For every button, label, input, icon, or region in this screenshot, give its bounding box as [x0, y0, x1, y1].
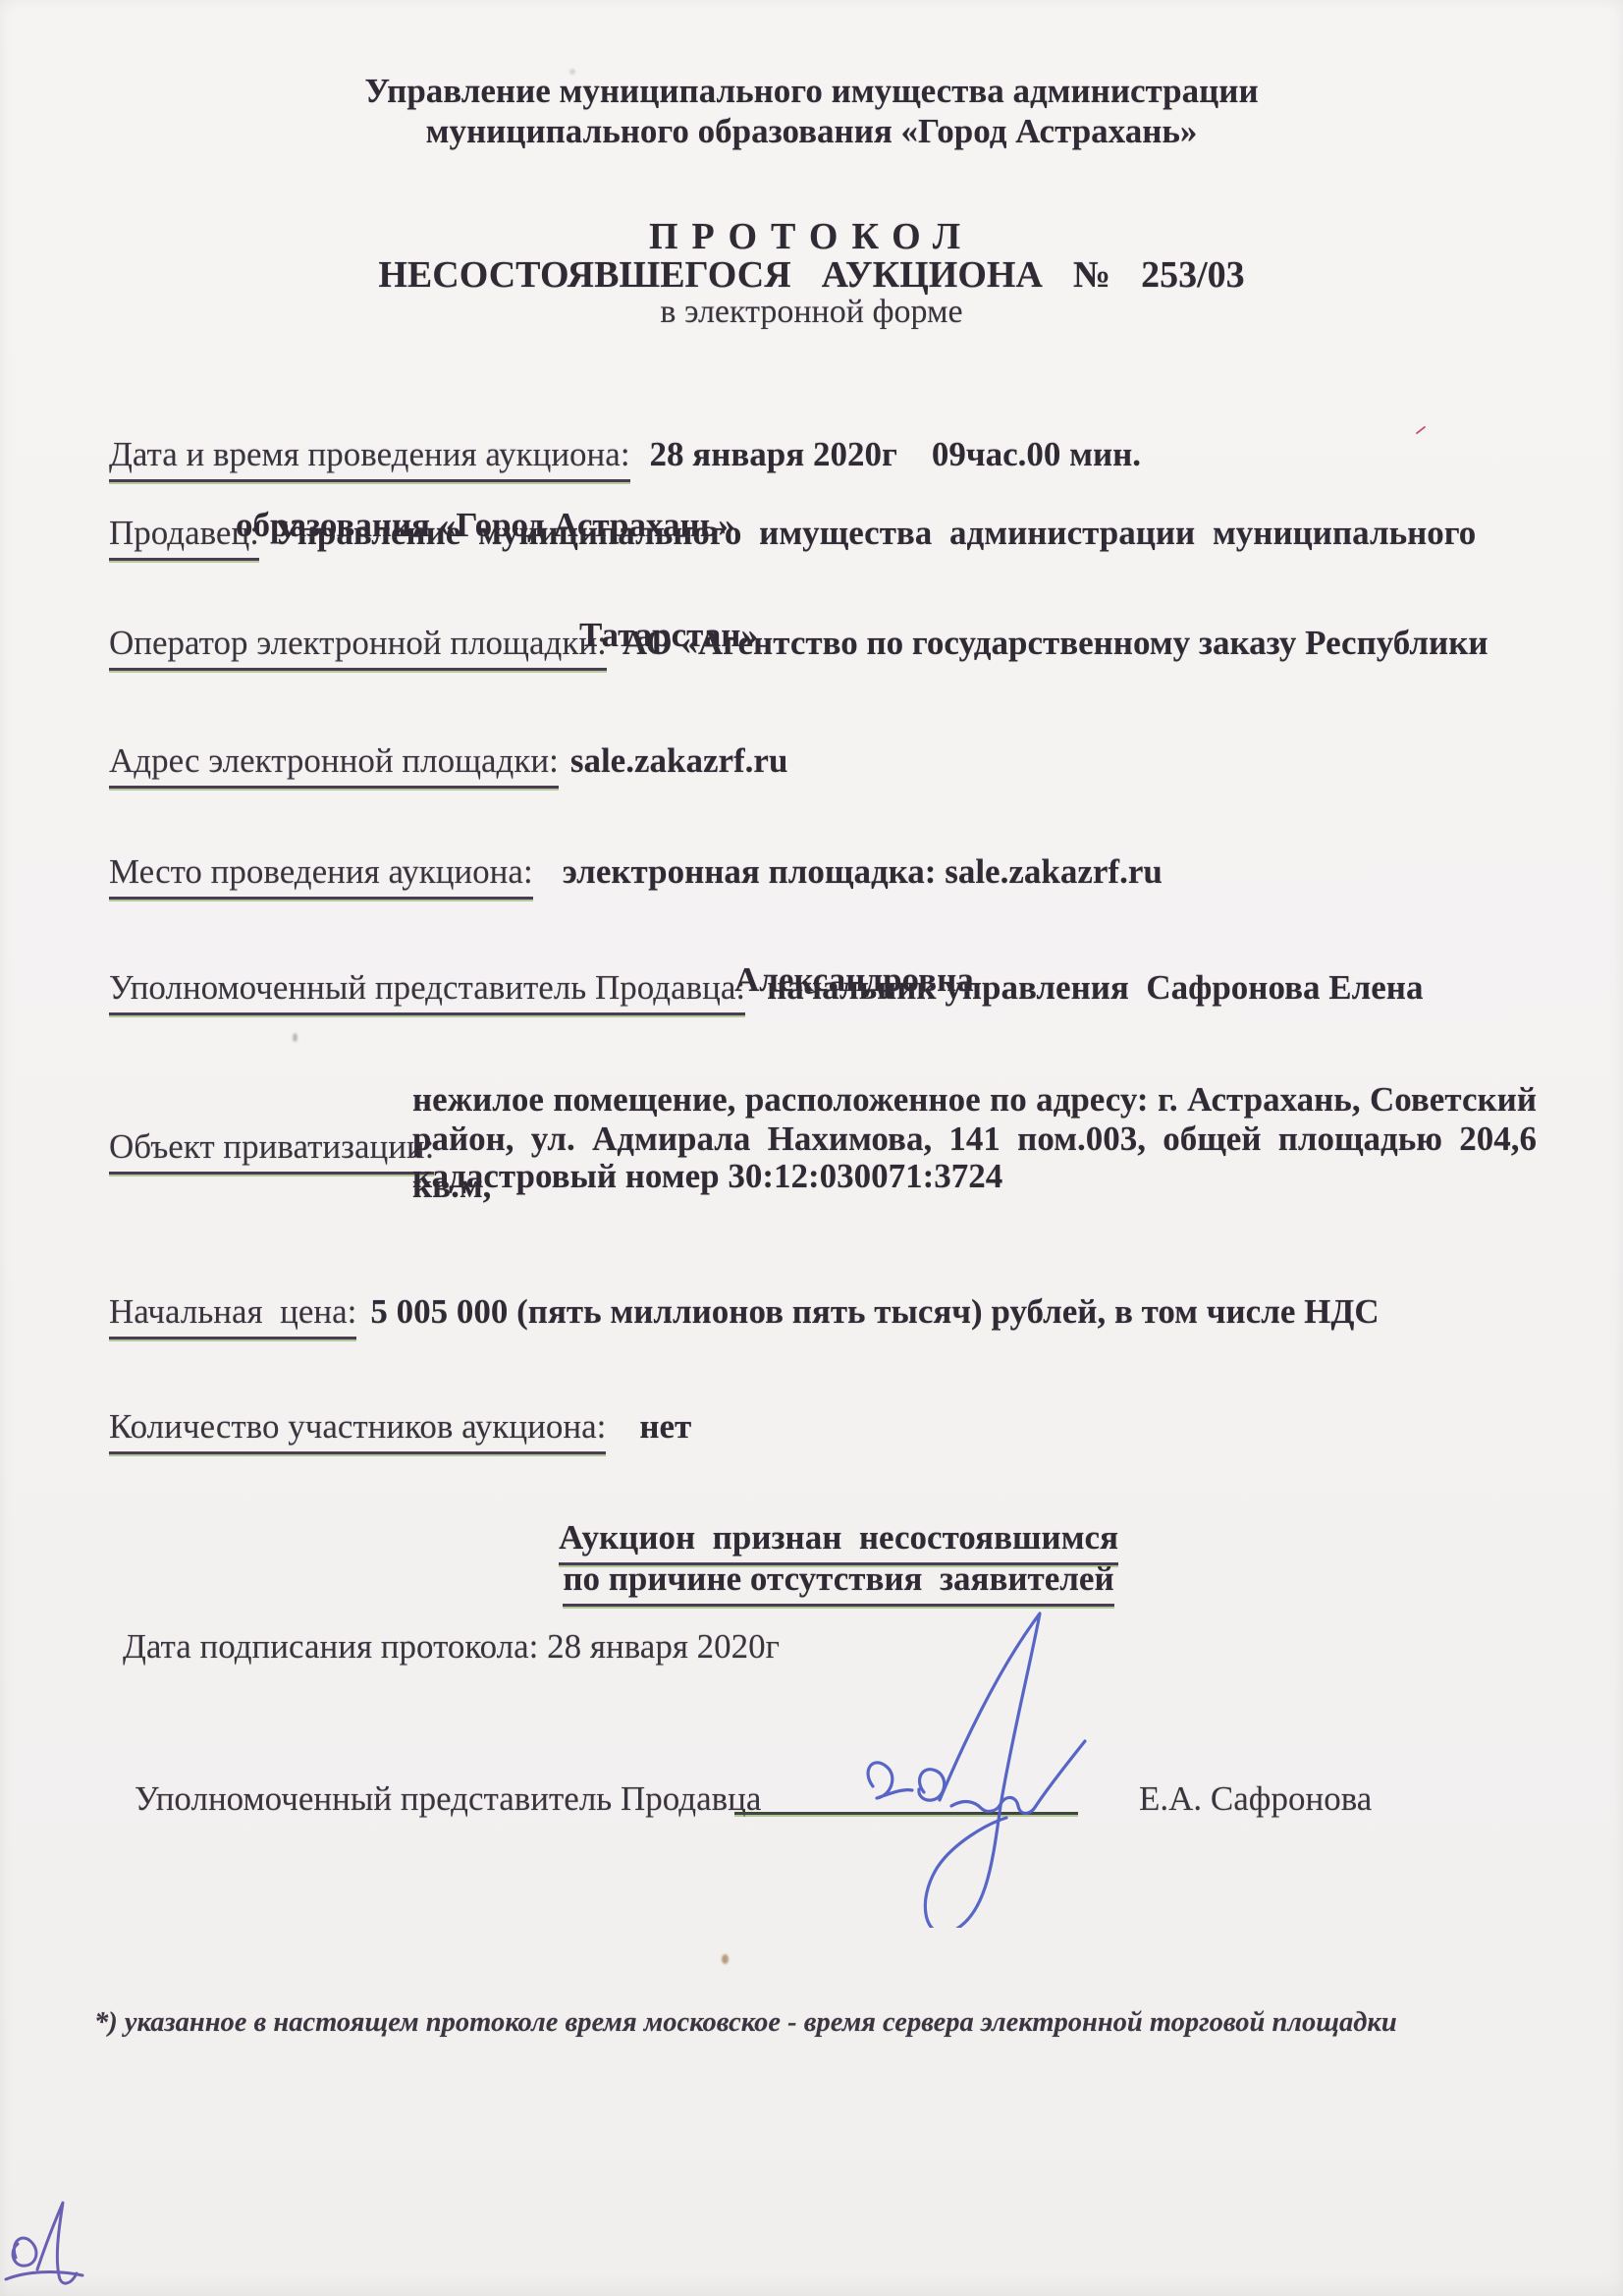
red-pen-mark	[1416, 426, 1427, 435]
signatory-label: Уполномоченный представитель Продавца	[135, 1776, 761, 1823]
field-operator-value-line2: Татарстан»	[579, 612, 758, 659]
field-operator-label: Оператор электронной площадки:	[109, 620, 607, 671]
field-privatization-object-value-line3: кадастровый номер 30:12:030071:3724	[412, 1153, 1002, 1200]
signatory-name: Е.А. Сафронова	[1139, 1776, 1372, 1823]
document-subtitle-auction-number: НЕСОСТОЯВШЕГОСЯ АУКЦИОНА № 253/03	[0, 253, 1623, 297]
field-starting-price-label: Начальная цена:	[109, 1288, 356, 1339]
field-representative-label: Уполномоченный представитель Продавца:	[109, 964, 745, 1015]
organization-header: Управление муниципального имущества адми…	[0, 71, 1623, 151]
document-title: ПРОТОКОЛ	[0, 215, 1623, 258]
scan-speck-faint	[569, 69, 575, 75]
field-participants-count-label: Количество участников аукциона:	[109, 1403, 606, 1454]
footnote: *) указанное в настоящем протоколе время…	[94, 2001, 1397, 2045]
field-seller-value-line2: образования «Город Астрахань»	[236, 502, 735, 549]
scan-speck-brown	[722, 1954, 729, 1964]
field-starting-price-value: 5 005 000 (пять миллионов пять тысяч) ру…	[370, 1292, 1379, 1331]
field-platform-address-value: sale.zakazrf.ru	[570, 741, 788, 780]
field-representative-value-line2: Александровна	[734, 957, 974, 1004]
field-participants-count-value: нет	[639, 1407, 691, 1446]
scanned-protocol-document: Управление муниципального имущества адми…	[0, 0, 1623, 2296]
field-venue-value: электронная площадка: sale.zakazrf.ru	[563, 852, 1163, 891]
field-platform-address-label: Адрес электронной площадки:	[109, 738, 559, 789]
signature-icon	[838, 1604, 1103, 1928]
verdict-line2-text: по причине отсутствия заявителей	[563, 1556, 1113, 1607]
field-privatization-object-label-text: Объект приватизации:	[109, 1123, 434, 1175]
organization-header-line2: муниципального образования «Город Астрах…	[0, 111, 1623, 151]
document-subtitle-electronic-form: в электронной форме	[0, 294, 1623, 331]
scan-speck	[293, 1033, 298, 1042]
corner-scribble-icon	[2, 2193, 92, 2295]
field-venue-label: Место проведения аукциона:	[109, 848, 533, 900]
field-privatization-object-label: Объект приватизации:	[75, 1076, 434, 1222]
signing-date-line: Дата подписания протокола: 28 января 202…	[123, 1623, 780, 1670]
organization-header-line1: Управление муниципального имущества адми…	[0, 71, 1623, 111]
